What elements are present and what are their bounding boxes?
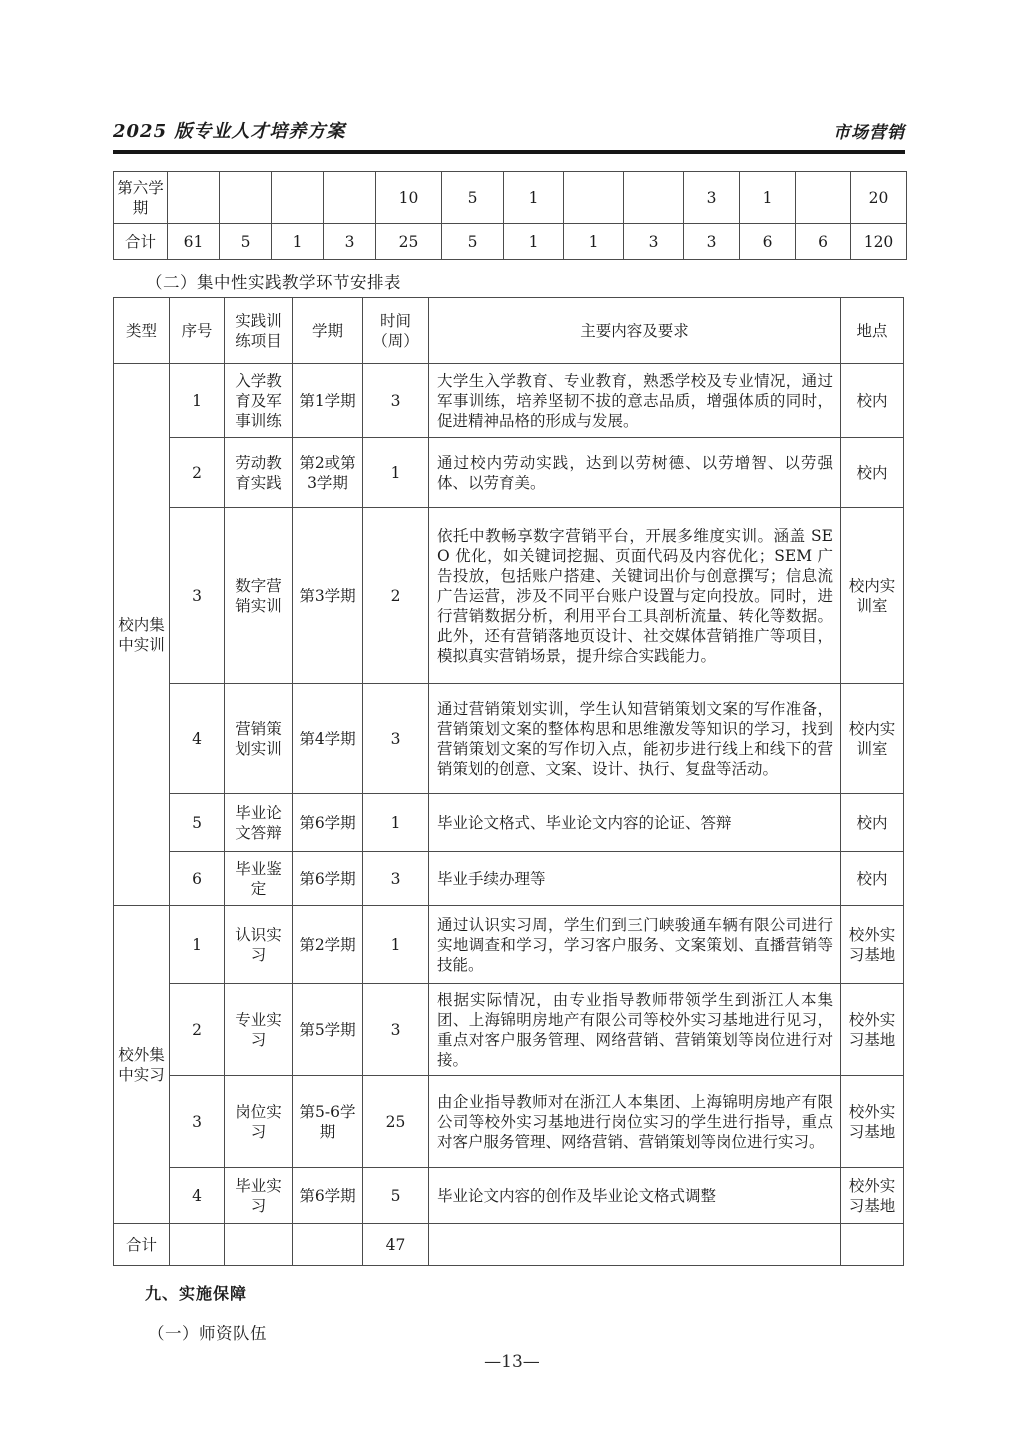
cell-content: 毕业论文格式、毕业论文内容的论证、答辩 bbox=[429, 794, 841, 852]
cell-semester: 第6学期 bbox=[293, 794, 363, 852]
cell-location: 校内实训室 bbox=[841, 508, 904, 684]
cell bbox=[272, 172, 324, 224]
table-total-row: 合计 47 bbox=[114, 1224, 904, 1266]
cell: 6 bbox=[740, 224, 796, 260]
cell-semester: 第6学期 bbox=[293, 852, 363, 906]
cell-weeks: 1 bbox=[363, 906, 429, 984]
col-header-semester: 学期 bbox=[293, 298, 363, 364]
cell-semester: 第2学期 bbox=[293, 906, 363, 984]
cell: 6 bbox=[796, 224, 851, 260]
cell-location: 校外实习基地 bbox=[841, 1076, 904, 1168]
cell-weeks: 5 bbox=[363, 1168, 429, 1224]
cell-content: 根据实际情况，由专业指导教师带领学生到浙江人本集团、上海锦明房地产有限公司等校外… bbox=[429, 984, 841, 1076]
cell: 20 bbox=[851, 172, 907, 224]
table-caption: （二）集中性实践教学环节安排表 bbox=[113, 269, 905, 293]
cell-location: 校内 bbox=[841, 364, 904, 438]
cell-weeks: 3 bbox=[363, 684, 429, 794]
running-head: 2025 版专业人才培养方案 市场营销 bbox=[113, 117, 905, 143]
table-row: 4 毕业实习 第6学期 5 毕业论文内容的创作及毕业论文格式调整 校外实习基地 bbox=[114, 1168, 904, 1224]
cell-project: 营销策划实训 bbox=[225, 684, 293, 794]
cell-semester: 第3学期 bbox=[293, 508, 363, 684]
document-page: 2025 版专业人才培养方案 市场营销 第六学期 10 5 1 3 1 20 bbox=[0, 0, 1024, 1344]
table-row: 6 毕业鉴定 第6学期 3 毕业手续办理等 校内 bbox=[114, 852, 904, 906]
cell-weeks: 3 bbox=[363, 984, 429, 1076]
cell bbox=[324, 172, 376, 224]
table-row: 5 毕业论文答辩 第6学期 1 毕业论文格式、毕业论文内容的论证、答辩 校内 bbox=[114, 794, 904, 852]
cell: 1 bbox=[740, 172, 796, 224]
cell-project: 劳动教育实践 bbox=[225, 438, 293, 508]
cell: 3 bbox=[684, 172, 740, 224]
cell-location: 校外实习基地 bbox=[841, 906, 904, 984]
group-type-label: 校外集中实习 bbox=[114, 906, 170, 1224]
cell-semester bbox=[293, 1224, 363, 1266]
cell-no: 5 bbox=[170, 794, 225, 852]
cell-semester: 第5学期 bbox=[293, 984, 363, 1076]
cell-semester: 第2或第3学期 bbox=[293, 438, 363, 508]
cell bbox=[624, 172, 684, 224]
cell bbox=[564, 172, 624, 224]
cell-project: 专业实习 bbox=[225, 984, 293, 1076]
cell-weeks: 25 bbox=[363, 1076, 429, 1168]
col-header-type: 类型 bbox=[114, 298, 170, 364]
cell-no: 3 bbox=[170, 1076, 225, 1168]
cell-content: 通过认识实习周，学生们到三门峡骏通车辆有限公司进行实地调查和学习，学习客户服务、… bbox=[429, 906, 841, 984]
cell-location bbox=[841, 1224, 904, 1266]
table-row: 校外集中实习 1 认识实习 第2学期 1 通过认识实习周，学生们到三门峡骏通车辆… bbox=[114, 906, 904, 984]
cell-location: 校内 bbox=[841, 794, 904, 852]
cell-project: 毕业论文答辩 bbox=[225, 794, 293, 852]
cell-semester: 第6学期 bbox=[293, 1168, 363, 1224]
cell-content: 通过营销策划实训，学生认知营销策划文案的写作准备，营销策划文案的整体构思和思维激… bbox=[429, 684, 841, 794]
col-header-time: 时间（周） bbox=[363, 298, 429, 364]
cell-weeks: 1 bbox=[363, 438, 429, 508]
cell-weeks: 3 bbox=[363, 364, 429, 438]
cell: 25 bbox=[376, 224, 442, 260]
cell: 1 bbox=[564, 224, 624, 260]
cell-weeks: 47 bbox=[363, 1224, 429, 1266]
cell-semester: 第5-6学期 bbox=[293, 1076, 363, 1168]
practice-arrangement-table: 类型 序号 实践训练项目 学期 时间（周） 主要内容及要求 地点 校内集中实训 … bbox=[113, 297, 904, 1266]
cell-no: 3 bbox=[170, 508, 225, 684]
cell-project: 认识实习 bbox=[225, 906, 293, 984]
cell-project: 毕业实习 bbox=[225, 1168, 293, 1224]
cell-project: 毕业鉴定 bbox=[225, 852, 293, 906]
cell bbox=[168, 172, 220, 224]
header-double-rule bbox=[113, 150, 905, 154]
subsection-heading-one: （一）师资队伍 bbox=[113, 1320, 905, 1344]
col-header-no: 序号 bbox=[170, 298, 225, 364]
cell-weeks: 1 bbox=[363, 794, 429, 852]
cell-project: 数字营销实训 bbox=[225, 508, 293, 684]
cell: 3 bbox=[684, 224, 740, 260]
cell-weeks: 3 bbox=[363, 852, 429, 906]
cell-content: 由企业指导教师对在浙江人本集团、上海锦明房地产有限公司等校外实习基地进行岗位实习… bbox=[429, 1076, 841, 1168]
cell-location: 校内 bbox=[841, 852, 904, 906]
cell-weeks: 2 bbox=[363, 508, 429, 684]
cell bbox=[220, 172, 272, 224]
row-label: 第六学期 bbox=[114, 172, 168, 224]
cell-no: 6 bbox=[170, 852, 225, 906]
cell-no: 1 bbox=[170, 364, 225, 438]
cell: 61 bbox=[168, 224, 220, 260]
cell-no bbox=[170, 1224, 225, 1266]
cell: 5 bbox=[220, 224, 272, 260]
table-row: 2 劳动教育实践 第2或第3学期 1 通过校内劳动实践，达到以劳树德、以劳增智、… bbox=[114, 438, 904, 508]
cell-content: 通过校内劳动实践，达到以劳树德、以劳增智、以劳强体、以劳育美。 bbox=[429, 438, 841, 508]
header-left-title: 2025 版专业人才培养方案 bbox=[113, 117, 345, 143]
cell-location: 校外实习基地 bbox=[841, 984, 904, 1076]
table-row: 合计 61 5 1 3 25 5 1 1 3 3 6 6 120 bbox=[114, 224, 907, 260]
cell: 1 bbox=[272, 224, 324, 260]
cell-content: 依托中教畅享数字营销平台，开展多维度实训。涵盖 SEO 优化，如关键词挖掘、页面… bbox=[429, 508, 841, 684]
table-row: 4 营销策划实训 第4学期 3 通过营销策划实训，学生认知营销策划文案的写作准备… bbox=[114, 684, 904, 794]
table-row: 校内集中实训 1 入学教育及军事训练 第1学期 3 大学生入学教育、专业教育，熟… bbox=[114, 364, 904, 438]
cell-content bbox=[429, 1224, 841, 1266]
col-header-content: 主要内容及要求 bbox=[429, 298, 841, 364]
cell-location: 校外实习基地 bbox=[841, 1168, 904, 1224]
section-heading-nine: 九、实施保障 bbox=[113, 1281, 905, 1304]
table-row: 第六学期 10 5 1 3 1 20 bbox=[114, 172, 907, 224]
cell: 5 bbox=[442, 224, 504, 260]
table-row: 3 岗位实习 第5-6学期 25 由企业指导教师对在浙江人本集团、上海锦明房地产… bbox=[114, 1076, 904, 1168]
cell: 10 bbox=[376, 172, 442, 224]
cell: 1 bbox=[504, 224, 564, 260]
cell-no: 4 bbox=[170, 684, 225, 794]
cell-no: 4 bbox=[170, 1168, 225, 1224]
cell-semester: 第4学期 bbox=[293, 684, 363, 794]
cell-content: 毕业手续办理等 bbox=[429, 852, 841, 906]
cell-location: 校内实训室 bbox=[841, 684, 904, 794]
cell: 3 bbox=[324, 224, 376, 260]
table-row: 2 专业实习 第5学期 3 根据实际情况，由专业指导教师带领学生到浙江人本集团、… bbox=[114, 984, 904, 1076]
cell-no: 2 bbox=[170, 438, 225, 508]
semester-summary-table: 第六学期 10 5 1 3 1 20 合计 61 5 1 3 25 5 1 1 … bbox=[113, 171, 907, 260]
total-label: 合计 bbox=[114, 1224, 170, 1266]
cell: 120 bbox=[851, 224, 907, 260]
cell-project bbox=[225, 1224, 293, 1266]
cell-content: 大学生入学教育、专业教育，熟悉学校及专业情况，通过军事训练，培养坚韧不拔的意志品… bbox=[429, 364, 841, 438]
col-header-location: 地点 bbox=[841, 298, 904, 364]
cell: 3 bbox=[624, 224, 684, 260]
cell-location: 校内 bbox=[841, 438, 904, 508]
table-row: 3 数字营销实训 第3学期 2 依托中教畅享数字营销平台，开展多维度实训。涵盖 … bbox=[114, 508, 904, 684]
cell bbox=[796, 172, 851, 224]
cell: 1 bbox=[504, 172, 564, 224]
table-header-row: 类型 序号 实践训练项目 学期 时间（周） 主要内容及要求 地点 bbox=[114, 298, 904, 364]
cell-semester: 第1学期 bbox=[293, 364, 363, 438]
col-header-project: 实践训练项目 bbox=[225, 298, 293, 364]
group-type-label: 校内集中实训 bbox=[114, 364, 170, 906]
header-right-title: 市场营销 bbox=[833, 118, 905, 143]
page-number: —13— bbox=[0, 1352, 1024, 1372]
cell: 5 bbox=[442, 172, 504, 224]
row-label: 合计 bbox=[114, 224, 168, 260]
cell-content: 毕业论文内容的创作及毕业论文格式调整 bbox=[429, 1168, 841, 1224]
cell-project: 入学教育及军事训练 bbox=[225, 364, 293, 438]
cell-project: 岗位实习 bbox=[225, 1076, 293, 1168]
cell-no: 2 bbox=[170, 984, 225, 1076]
cell-no: 1 bbox=[170, 906, 225, 984]
